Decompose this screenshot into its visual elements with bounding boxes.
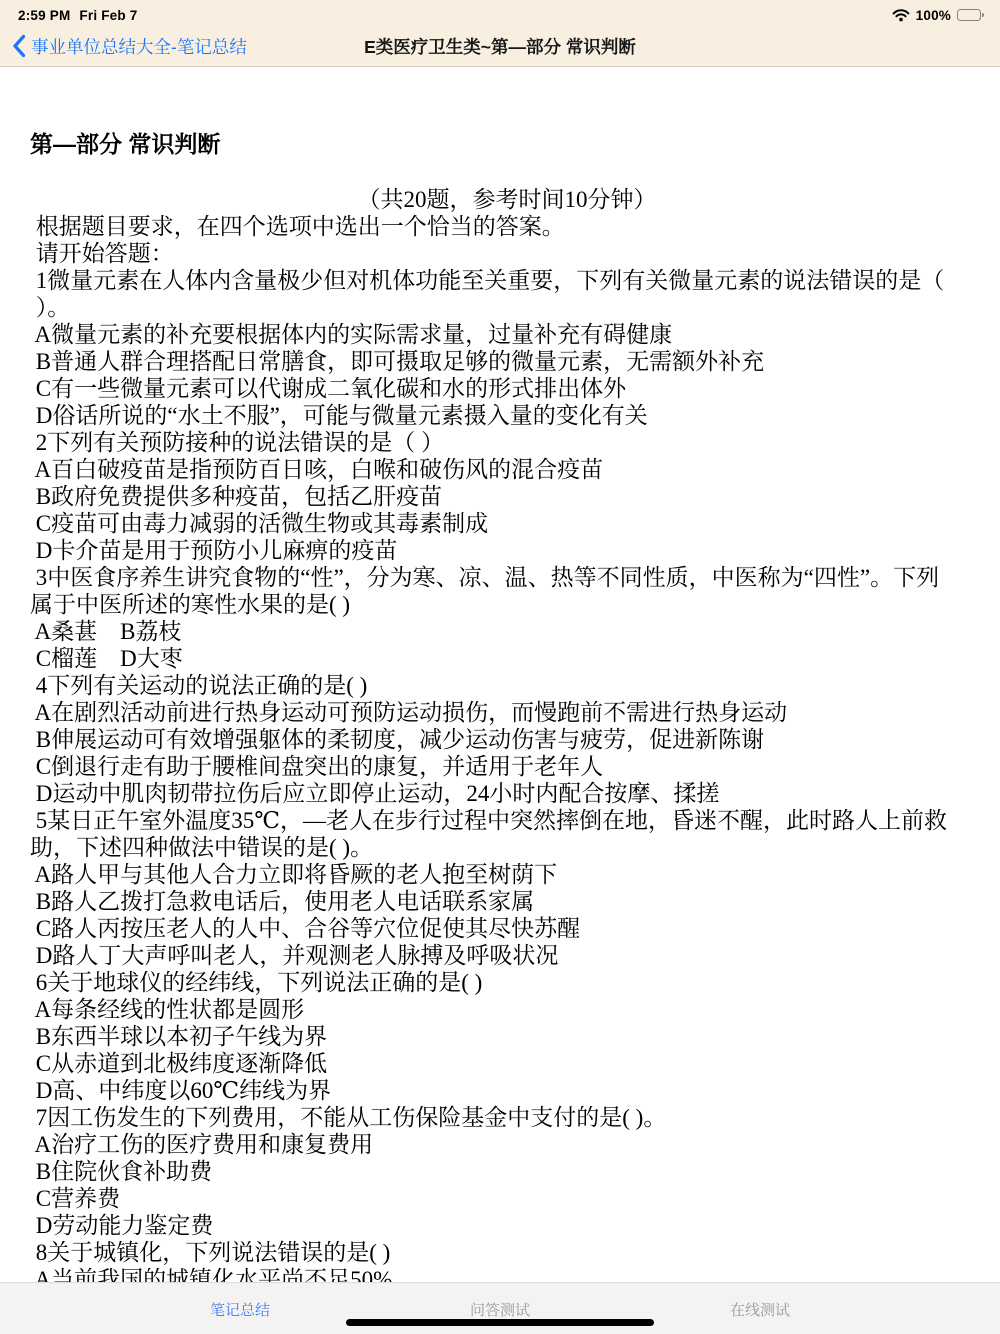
tab-online[interactable]: 在线测试 xyxy=(630,1283,890,1334)
wifi-icon xyxy=(892,9,910,22)
battery-icon xyxy=(957,9,984,21)
status-right: 100% xyxy=(892,8,984,23)
document-line: 1微量元素在人体内含量极少但对机体功能至关重要，下列有关微量元素的说法错误的是（ xyxy=(30,267,984,294)
document-line: D运动中肌肉韧带拉伤后应立即停止运动，24小时内配合按摩、揉搓 xyxy=(30,780,984,807)
document-line: 属于中医所述的寒性水果的是( ) xyxy=(30,591,984,618)
document-line: C从赤道到北极纬度逐渐降低 xyxy=(30,1050,984,1077)
nav-bar: 事业单位总结大全-笔记总结 E类医疗卫生类~第—部分 常识判断 xyxy=(0,25,1000,67)
home-indicator[interactable] xyxy=(346,1319,654,1326)
document-line: A微量元素的补充要根据体内的实际需求量，过量补充有碍健康 xyxy=(30,321,984,348)
document-line: D劳动能力鉴定费 xyxy=(30,1212,984,1239)
document-subheading: （共20题，参考时间10分钟） xyxy=(30,186,984,213)
document-line: C榴莲 D大枣 xyxy=(30,645,984,672)
document-line: 请开始答题： xyxy=(30,240,984,267)
document-line: B住院伙食补助费 xyxy=(30,1158,984,1185)
document-line: B东西半球以本初子午线为界 xyxy=(30,1023,984,1050)
status-date: Fri Feb 7 xyxy=(79,8,137,23)
header: 2:59 PM Fri Feb 7 100% xyxy=(0,0,1000,67)
document-line: B路人乙拨打急救电话后，使用老人电话联系家属 xyxy=(30,888,984,915)
document-line: A百白破疫苗是指预防百日咳，白喉和破伤风的混合疫苗 xyxy=(30,456,984,483)
document-line: 助，下述四种做法中错误的是( )。 xyxy=(30,834,984,861)
document-line: 4下列有关运动的说法正确的是( ) xyxy=(30,672,984,699)
document-scroll-area[interactable]: 第—部分 常识判断 （共20题，参考时间10分钟） 根据题目要求，在四个选项中选… xyxy=(0,67,1000,1334)
tab-notes[interactable]: 笔记总结 xyxy=(110,1283,370,1334)
document-line: C有一些微量元素可以代谢成二氧化碳和水的形式排出体外 xyxy=(30,375,984,402)
status-bar: 2:59 PM Fri Feb 7 100% xyxy=(0,0,1000,26)
document-line: 3中医食序养生讲究食物的“性”，分为寒、凉、温、热等不同性质，中医称为“四性”。… xyxy=(30,564,984,591)
document-line: A路人甲与其他人合力立即将昏厥的老人抱至树荫下 xyxy=(30,861,984,888)
nav-title: E类医疗卫生类~第—部分 常识判断 xyxy=(0,25,1000,67)
document-line: A每条经线的性状都是圆形 xyxy=(30,996,984,1023)
status-time: 2:59 PM xyxy=(18,8,70,23)
document: 第—部分 常识判断 （共20题，参考时间10分钟） 根据题目要求，在四个选项中选… xyxy=(0,67,1000,1293)
document-line: 6关于地球仪的经纬线，下列说法正确的是( ) xyxy=(30,969,984,996)
status-left: 2:59 PM Fri Feb 7 xyxy=(18,8,137,23)
app-screen: 第—部分 常识判断 （共20题，参考时间10分钟） 根据题目要求，在四个选项中选… xyxy=(0,0,1000,1334)
document-line: 7因工伤发生的下列费用，不能从工伤保险基金中支付的是( )。 xyxy=(30,1104,984,1131)
document-line: A桑葚 B荔枝 xyxy=(30,618,984,645)
document-line: 根据题目要求，在四个选项中选出一个恰当的答案。 xyxy=(30,213,984,240)
document-line: B伸展运动可有效增强躯体的柔韧度，减少运动伤害与疲劳，促进新陈谢 xyxy=(30,726,984,753)
document-line: D高、中纬度以60℃纬线为界 xyxy=(30,1077,984,1104)
tab-qa[interactable]: 问答测试 xyxy=(370,1283,630,1334)
document-line: C倒退行走有助于腰椎间盘突出的康复，并适用于老年人 xyxy=(30,753,984,780)
document-line: A在剧烈活动前进行热身运动可预防运动损伤，而慢跑前不需进行热身运动 xyxy=(30,699,984,726)
document-line: C疫苗可由毒力减弱的活微生物或其毒素制成 xyxy=(30,510,984,537)
document-lines: 根据题目要求，在四个选项中选出一个恰当的答案。 请开始答题： 1微量元素在人体内… xyxy=(30,213,984,1293)
document-line: 5某日正午室外温度35℃，—老人在步行过程中突然摔倒在地，昏迷不醒，此时路人上前… xyxy=(30,807,984,834)
document-heading: 第—部分 常识判断 xyxy=(30,131,984,157)
document-line: B政府免费提供多种疫苗，包括乙肝疫苗 xyxy=(30,483,984,510)
tab-bar: 笔记总结问答测试在线测试 xyxy=(0,1282,1000,1334)
document-line: C营养费 xyxy=(30,1185,984,1212)
document-line: D俗话所说的“水土不服”，可能与微量元素摄入量的变化有关 xyxy=(30,402,984,429)
battery-percent: 100% xyxy=(916,8,951,23)
document-line: D卡介苗是用于预防小儿麻痹的疫苗 xyxy=(30,537,984,564)
document-line: C路人丙按压老人的人中、合谷等穴位促使其尽快苏醒 xyxy=(30,915,984,942)
document-line: 8关于城镇化，下列说法错误的是( ) xyxy=(30,1239,984,1266)
document-line: ）。 xyxy=(30,294,984,321)
document-line: A治疗工伤的医疗费用和康复费用 xyxy=(30,1131,984,1158)
document-line: 2下列有关预防接种的说法错误的是（ ） xyxy=(30,429,984,456)
document-line: B普通人群合理搭配日常膳食，即可摄取足够的微量元素，无需额外补充 xyxy=(30,348,984,375)
document-line: D路人丁大声呼叫老人，并观测老人脉搏及呼吸状况 xyxy=(30,942,984,969)
